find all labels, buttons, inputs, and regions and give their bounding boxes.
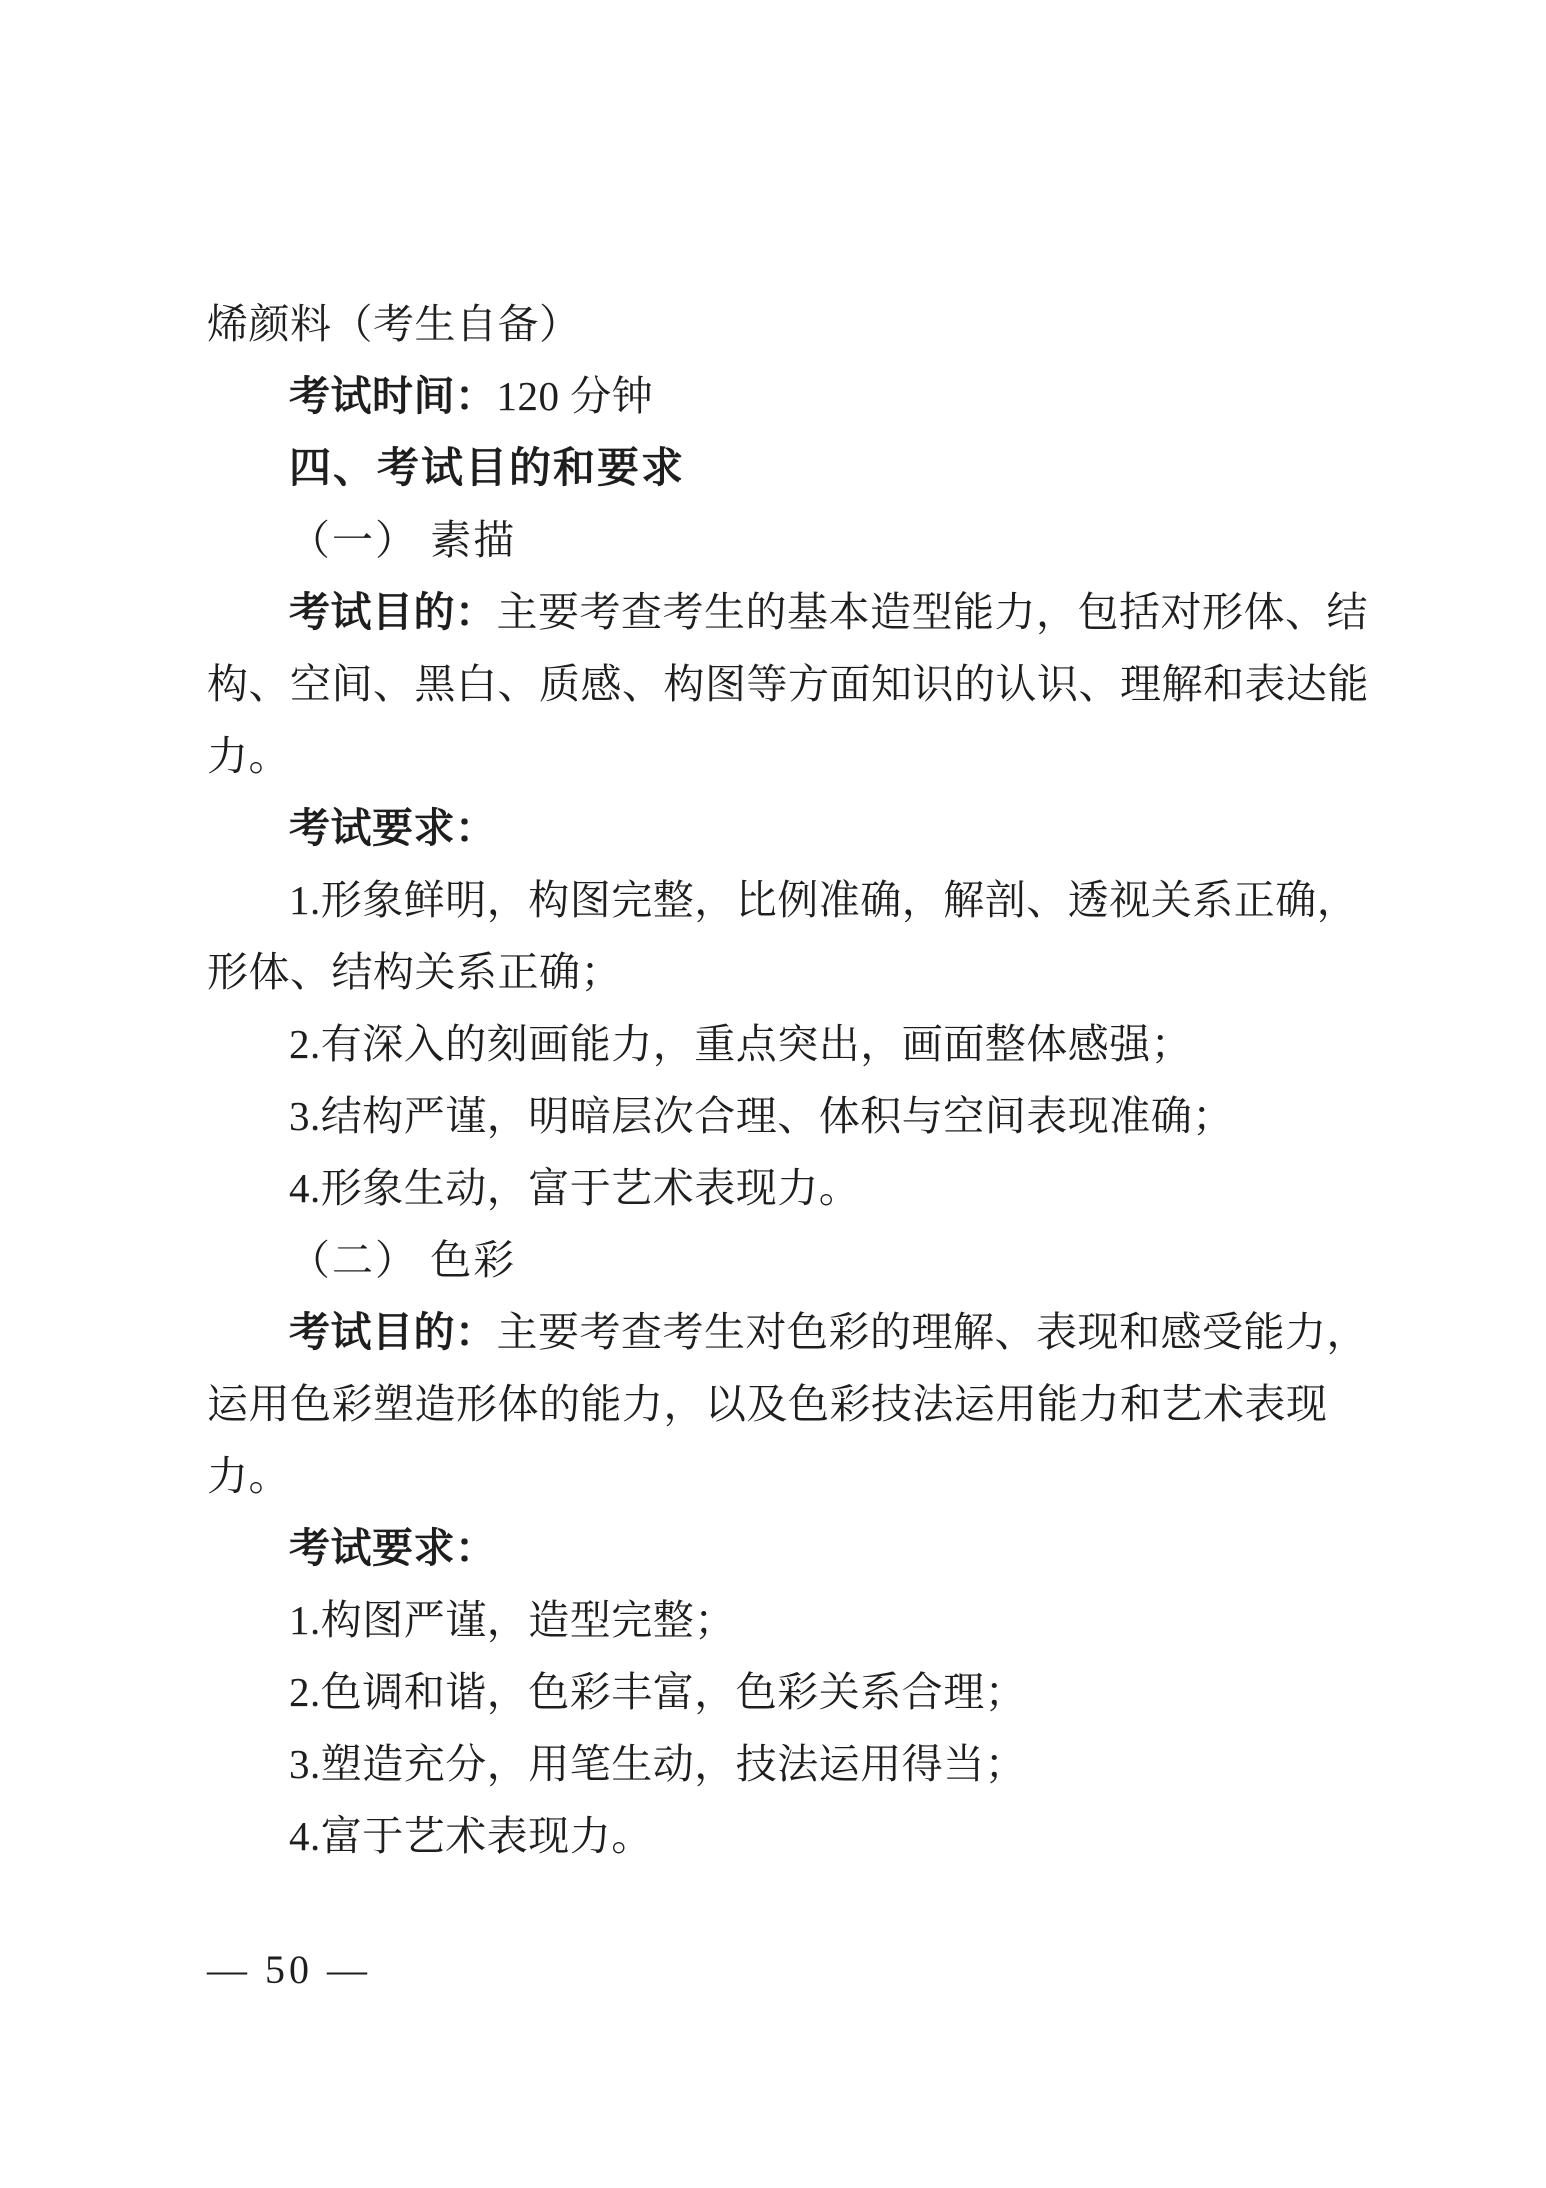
line-text: 力。 xyxy=(207,733,290,779)
section-heading-aims-and-requirements: 四、考试目的和要求 xyxy=(207,432,1367,504)
page-number-footer: — 50 — xyxy=(207,1948,371,1992)
subsection-heading-sketch: （一） 素描 xyxy=(207,504,1367,576)
doc-line-sketch-aim-2: 构、空间、黑白、质感、构图等方面知识的认识、理解和表达能 xyxy=(207,648,1367,720)
line-text: 2.色调和谐，色彩丰富，色彩关系合理； xyxy=(289,1669,1026,1715)
line-text: 形体、结构关系正确； xyxy=(207,949,622,995)
line-text: 2.有深入的刻画能力，重点突出，画面整体感强； xyxy=(289,1021,1192,1067)
exam-duration-line: 考试时间：120 分钟 xyxy=(207,360,1367,432)
doc-line-color-aim-1: 考试目的：主要考查考生对色彩的理解、表现和感受能力， xyxy=(207,1296,1367,1368)
doc-line-color-aim-3: 力。 xyxy=(207,1440,1367,1512)
exam-requirements-label: 考试要求： xyxy=(289,1525,497,1571)
doc-line-sketch-req-2: 2.有深入的刻画能力，重点突出，画面整体感强； xyxy=(207,1008,1367,1080)
line-text: 3.塑造充分，用笔生动，技法运用得当； xyxy=(289,1741,1026,1787)
page-number: — 50 — xyxy=(207,1947,371,1992)
doc-line-sketch-aim-1: 考试目的：主要考查考生的基本造型能力，包括对形体、结 xyxy=(207,576,1367,648)
doc-line-sketch-req-1a: 1.形象鲜明，构图完整，比例准确，解剖、透视关系正确， xyxy=(207,864,1367,936)
doc-line-color-req-2: 2.色调和谐，色彩丰富，色彩关系合理； xyxy=(207,1656,1367,1728)
doc-line-color-requirements-label: 考试要求： xyxy=(207,1512,1367,1584)
doc-line-color-req-4: 4.富于艺术表现力。 xyxy=(207,1800,1367,1872)
line-text: 1.构图严谨，造型完整； xyxy=(289,1597,736,1643)
document-text-block: 烯颜料（考生自备） 考试时间：120 分钟 四、考试目的和要求 （一） 素描 考… xyxy=(207,288,1367,1872)
line-text: 主要考查考生对色彩的理解、表现和感受能力， xyxy=(497,1309,1369,1355)
subsection-heading-text: （一） 素描 xyxy=(289,517,516,563)
subsection-heading-text: （二） 色彩 xyxy=(289,1237,516,1283)
line-text: 1.形象鲜明，构图完整，比例准确，解剖、透视关系正确， xyxy=(289,877,1358,923)
doc-line-sketch-req-1b: 形体、结构关系正确； xyxy=(207,936,1367,1008)
exam-aim-label: 考试目的： xyxy=(289,589,497,635)
exam-requirements-label: 考试要求： xyxy=(289,805,497,851)
line-text: 构、空间、黑白、质感、构图等方面知识的认识、理解和表达能 xyxy=(207,661,1369,707)
document-page: { "document": { "lines": [ {"lead": "", … xyxy=(0,0,1546,2188)
doc-line-sketch-requirements-label: 考试要求： xyxy=(207,792,1367,864)
subsection-heading-color: （二） 色彩 xyxy=(207,1224,1367,1296)
line-text: 4.富于艺术表现力。 xyxy=(289,1813,653,1859)
doc-line-sketch-req-4: 4.形象生动，富于艺术表现力。 xyxy=(207,1152,1367,1224)
line-text: 烯颜料（考生自备） xyxy=(207,301,581,347)
doc-line-color-req-3: 3.塑造充分，用笔生动，技法运用得当； xyxy=(207,1728,1367,1800)
doc-line-sketch-aim-3: 力。 xyxy=(207,720,1367,792)
doc-line-color-aim-2: 运用色彩塑造形体的能力，以及色彩技法运用能力和艺术表现 xyxy=(207,1368,1367,1440)
line-text: 力。 xyxy=(207,1453,290,1499)
section-heading-text: 四、考试目的和要求 xyxy=(289,444,685,491)
line-text: 3.结构严谨，明暗层次合理、体积与空间表现准确； xyxy=(289,1093,1234,1139)
doc-line-sketch-req-3: 3.结构严谨，明暗层次合理、体积与空间表现准确； xyxy=(207,1080,1367,1152)
exam-duration-label: 考试时间： xyxy=(289,373,497,419)
exam-aim-label: 考试目的： xyxy=(289,1309,497,1355)
line-text: 4.形象生动，富于艺术表现力。 xyxy=(289,1165,860,1211)
exam-duration-value: 120 分钟 xyxy=(497,373,654,419)
doc-line-color-req-1: 1.构图严谨，造型完整； xyxy=(207,1584,1367,1656)
doc-line-acrylic-paint: 烯颜料（考生自备） xyxy=(207,288,1367,360)
line-text: 运用色彩塑造形体的能力，以及色彩技法运用能力和艺术表现 xyxy=(207,1381,1328,1427)
line-text: 主要考查考生的基本造型能力，包括对形体、结 xyxy=(497,589,1369,635)
